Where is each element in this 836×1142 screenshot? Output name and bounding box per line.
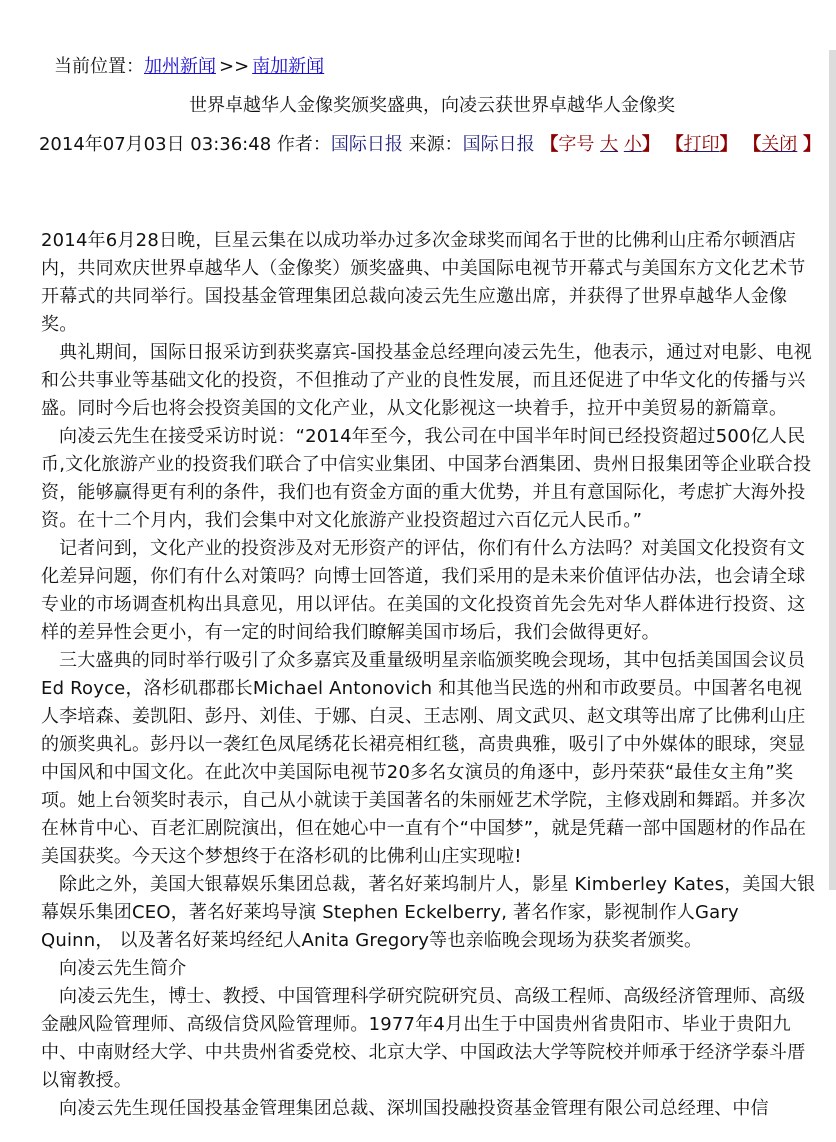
article-page: 当前位置：加州新闻>>南加新闻 世界卓越华人金像奖颁奖盛典，向凌云获世界卓越华人… [0,0,828,1142]
article-paragraph: 除此之外，美国大银幕娱乐集团总裁，著名好莱坞制片人，影星 Kimberley K… [41,871,817,955]
close-link[interactable]: 关闭 [761,134,797,155]
breadcrumb: 当前位置：加州新闻>>南加新闻 [54,54,324,80]
breadcrumb-separator: >> [219,56,249,77]
print-bracket-open: 【 [666,134,684,155]
article-paragraph: 向凌云先生在接受采访时说：“2014年至今，我公司在中国半年时间已经投资超过50… [41,423,817,535]
section-heading-bio: 向凌云先生简介 [41,955,817,983]
article-meta: 2014年07月03日 03:36:48 作者：国际日报 来源：国际日报 【字号… [30,130,830,159]
source-value: 国际日报 [463,134,535,155]
breadcrumb-link-socal-news[interactable]: 南加新闻 [252,56,324,77]
font-size-bracket-open: 【 [540,134,558,155]
article-paragraph: 典礼期间，国际日报采访到获奖嘉宾-国投基金总经理向凌云先生，他表示，通过对电影、… [41,339,817,423]
close-bracket-close: 】 [803,134,821,155]
scrollbar-thumb[interactable] [829,50,836,890]
close-bracket-open: 【 [743,134,761,155]
font-large-link[interactable]: 大 [600,134,618,155]
publish-datetime: 2014年07月03日 03:36:48 [39,134,271,155]
article-paragraph: 2014年6月28日晚，巨星云集在以成功举办过多次金球奖而闻名于世的比佛利山庄希… [41,227,817,339]
article-paragraph: 向凌云先生现任国投基金管理集团总裁、深圳国投融投资基金管理有限公司总经理、中信 [41,1095,817,1123]
font-size-label: 字号 [558,134,594,155]
article-title: 世界卓越华人金像奖颁奖盛典，向凌云获世界卓越华人金像奖 [0,93,836,119]
article-paragraph: 三大盛典的同时举行吸引了众多嘉宾及重量级明星亲临颁奖晚会现场，其中包括美国国会议… [41,647,817,871]
breadcrumb-label: 当前位置： [54,56,144,77]
print-bracket-close: 】 [720,134,738,155]
article-paragraph: 向凌云先生，博士、教授、中国管理科学研究院研究员、高级工程师、高级经济管理师、高… [41,983,817,1095]
print-link[interactable]: 打印 [684,134,720,155]
article-body: 2014年6月28日晚，巨星云集在以成功举办过多次金球奖而闻名于世的比佛利山庄希… [41,227,817,1123]
breadcrumb-link-california-news[interactable]: 加州新闻 [144,56,216,77]
vertical-scrollbar[interactable] [828,0,836,1142]
author-value: 国际日报 [331,134,403,155]
font-size-bracket-close: 】 [642,134,660,155]
article-paragraph: 记者问到，文化产业的投资涉及对无形资产的评估，你们有什么方法吗？对美国文化投资有… [41,535,817,647]
font-small-link[interactable]: 小 [624,134,642,155]
author-label: 作者： [277,134,331,155]
source-label: 来源： [409,134,463,155]
